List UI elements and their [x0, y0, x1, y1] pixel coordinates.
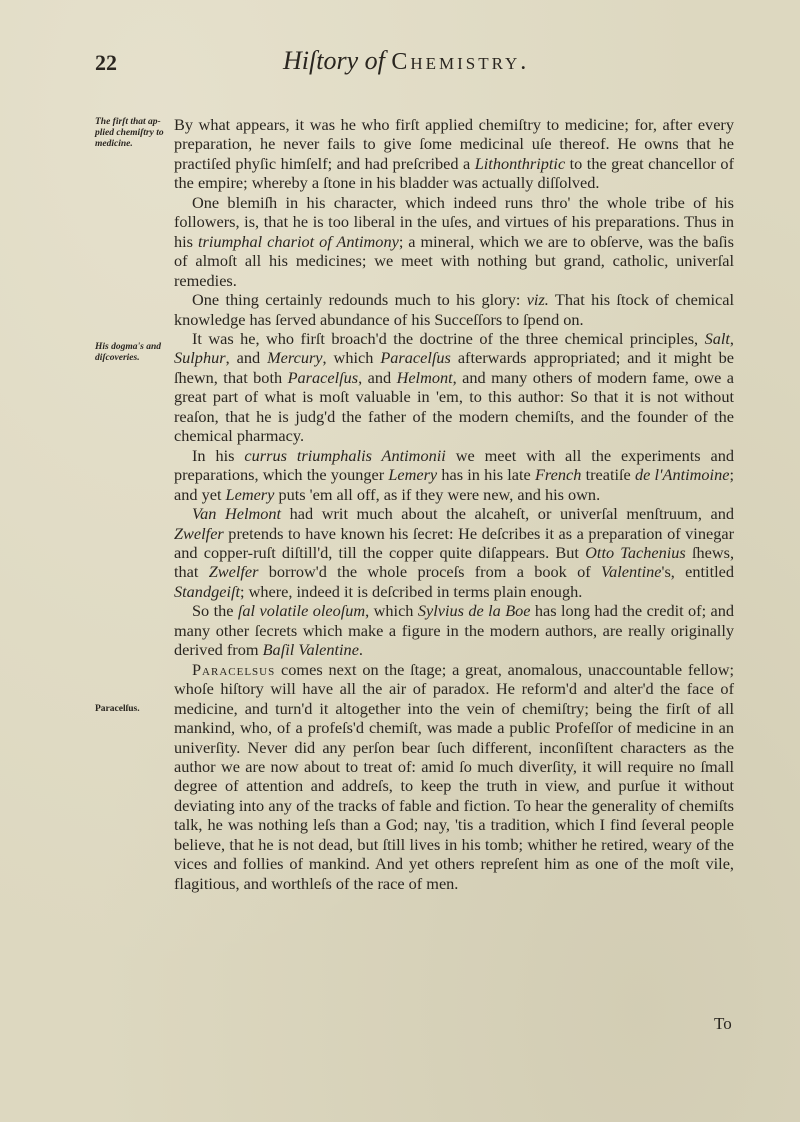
text-run: borrow'd the whole proceſs from a book o…: [258, 562, 600, 581]
italic-text: currus triumphalis Antimonii: [244, 446, 445, 465]
italic-text: Baſil Valentine: [263, 640, 359, 659]
sidenote-paracelsus: Paracelſus.: [95, 704, 173, 715]
sidenote-first-applied: The firſt that ap- plied chemiſtry to me…: [95, 117, 173, 150]
italic-text: Sylvius de la Boe: [418, 601, 531, 620]
italic-text: Standgeiſt: [174, 582, 240, 601]
running-head-title: Hiſtory of Chemistry.: [283, 46, 529, 76]
italic-text: Mercury: [267, 348, 322, 367]
paragraph: Paracelsus comes next on the ſtage; a gr…: [174, 660, 734, 893]
text-run: , which: [365, 601, 418, 620]
text-run: It was he, who firſt broach'd the doctri…: [192, 329, 705, 348]
page-number: 22: [95, 50, 117, 76]
text-run: has in his late: [437, 465, 535, 484]
italic-text: Zwelfer: [209, 562, 259, 581]
paragraph: So the ſal volatile oleoſum, which Sylvi…: [174, 601, 734, 659]
catchword: To: [714, 1014, 732, 1034]
book-page: 22 Hiſtory of Chemistry. The firſt that …: [0, 0, 800, 1122]
text-run: ,: [730, 329, 734, 348]
italic-text: Salt: [705, 329, 730, 348]
text-run: puts 'em all off, as if they were new, a…: [274, 485, 600, 504]
text-run: comes next on the ſtage; a great, anomal…: [174, 660, 734, 893]
text-run: , which: [323, 348, 381, 367]
body-text: By what appears, it was he who firſt app…: [174, 115, 734, 893]
text-run: treatiſe: [581, 465, 635, 484]
sidenote-dogmas: His dogma's and diſcoveries.: [95, 342, 173, 364]
italic-text: triumphal chariot of Antimony: [198, 232, 399, 251]
italic-text: Sulphur: [174, 348, 226, 367]
paragraph: By what appears, it was he who firſt app…: [174, 115, 734, 193]
text-run: 's, entitled: [662, 562, 734, 581]
italic-text: ſal volatile oleoſum: [238, 601, 365, 620]
text-run: ; where, indeed it is deſcribed in terms…: [240, 582, 582, 601]
text-run: In his: [192, 446, 244, 465]
italic-text: Valentine: [601, 562, 662, 581]
italic-text: Paracelſus: [380, 348, 451, 367]
italic-text: viz.: [527, 290, 549, 309]
paragraph: One blemiſh in his character, which inde…: [174, 193, 734, 290]
italic-text: French: [535, 465, 581, 484]
running-head-italic: Hiſtory of: [283, 46, 385, 75]
italic-text: Paracelſus: [288, 368, 359, 387]
italic-text: Lithonthriptic: [475, 154, 565, 173]
running-head: 22 Hiſtory of Chemistry.: [95, 46, 655, 80]
paragraph: One thing certainly redounds much to his…: [174, 290, 734, 329]
text-run: , and: [358, 368, 396, 387]
text-run: .: [359, 640, 363, 659]
paragraph: It was he, who firſt broach'd the doctri…: [174, 329, 734, 446]
text-run: So the: [192, 601, 238, 620]
italic-text: Lemery: [388, 465, 437, 484]
text-run: Paracelsus: [192, 660, 275, 679]
paragraph: Van Helmont had writ much about the alca…: [174, 504, 734, 601]
italic-text: Otto Tachenius: [585, 543, 686, 562]
italic-text: Van Helmont: [192, 504, 281, 523]
italic-text: Zwelfer: [174, 524, 224, 543]
text-run: had writ much about the alcaheſt, or uni…: [281, 504, 734, 523]
italic-text: Lemery: [226, 485, 275, 504]
paragraph: In his currus triumphalis Antimonii we m…: [174, 446, 734, 504]
text-run: One thing certainly redounds much to his…: [192, 290, 527, 309]
italic-text: Helmont: [397, 368, 453, 387]
italic-text: de l'Antimoine: [635, 465, 729, 484]
text-run: , and: [226, 348, 268, 367]
running-head-caps: Chemistry.: [391, 49, 529, 75]
